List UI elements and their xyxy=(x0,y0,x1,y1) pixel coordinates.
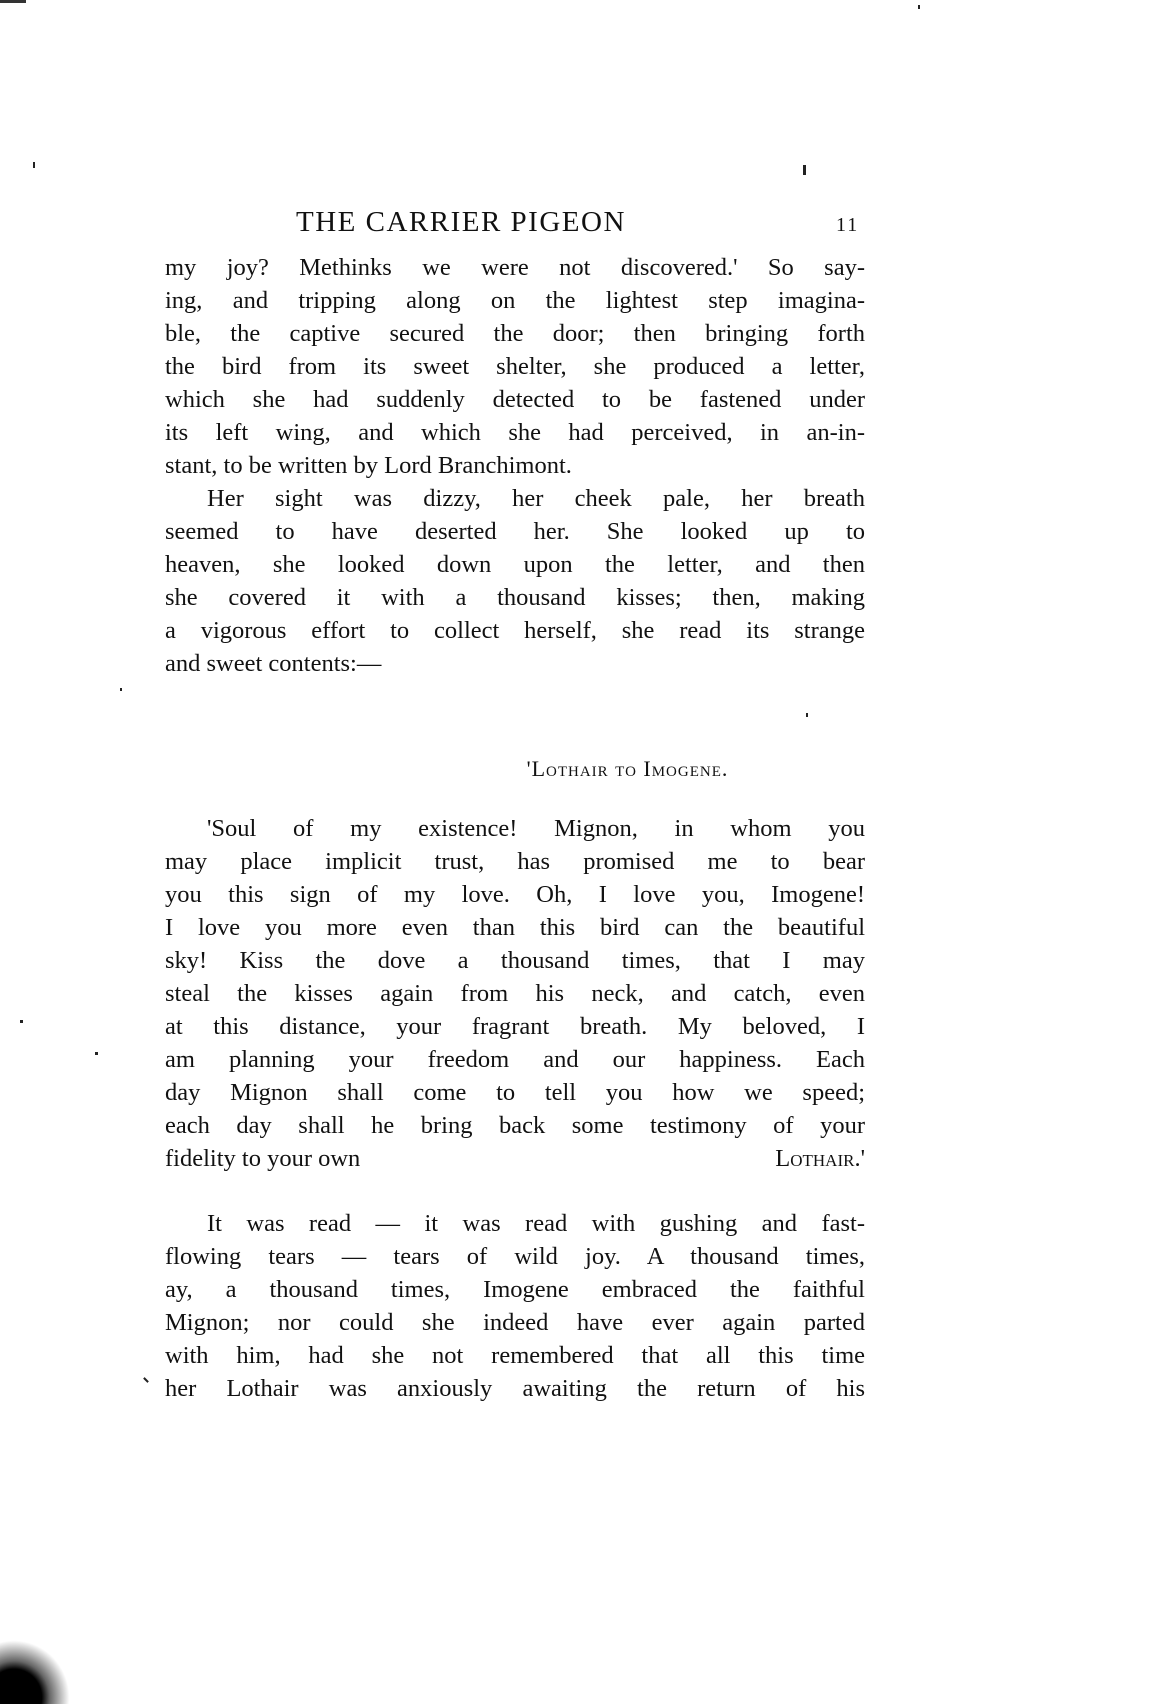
page-number: 11 xyxy=(836,214,859,237)
text-line: and sweet contents:— xyxy=(165,647,865,680)
text-line: she covered it with a thousand kisses; t… xyxy=(165,581,865,614)
letter-heading: 'Lothair to Imogene. xyxy=(0,756,1175,782)
scan-speck xyxy=(918,5,920,9)
text-line: with him, had she not remembered that al… xyxy=(165,1339,865,1372)
text-line: 'Soul of my existence! Mignon, in whom y… xyxy=(165,812,865,845)
paragraph-2: Her sight was dizzy, her cheek pale, her… xyxy=(165,482,865,680)
text-line: stant, to be written by Lord Branchimont… xyxy=(165,449,865,482)
text-line: the bird from its sweet shelter, she pro… xyxy=(165,350,865,383)
scan-speck xyxy=(95,1052,98,1055)
text-line: which she had suddenly detected to be fa… xyxy=(165,383,865,416)
book-page: THE CARRIER PIGEON 11 my joy? Methinks w… xyxy=(0,0,1175,1704)
scan-speck xyxy=(806,713,808,717)
text-line: each day shall he bring back some testim… xyxy=(165,1109,865,1142)
text-line: ay, a thousand times, Imogene embraced t… xyxy=(165,1273,865,1306)
text-line: seemed to have deserted her. She looked … xyxy=(165,515,865,548)
text-line: Mignon; nor could she indeed have ever a… xyxy=(165,1306,865,1339)
text-line: may place implicit trust, has promised m… xyxy=(165,845,865,878)
signature: Lothair.' xyxy=(775,1142,865,1175)
scan-speck xyxy=(143,1377,149,1383)
text-line: my joy? Methinks we were not discovered.… xyxy=(165,251,865,284)
text-line: Her sight was dizzy, her cheek pale, her… xyxy=(165,482,865,515)
text-line: am planning your freedom and our happine… xyxy=(165,1043,865,1076)
scan-speck xyxy=(803,165,806,175)
paragraph-1: my joy? Methinks we were not discovered.… xyxy=(165,251,865,482)
letter-body: 'Soul of my existence! Mignon, in whom y… xyxy=(165,812,865,1175)
running-title: THE CARRIER PIGEON xyxy=(296,206,626,239)
text-line: its left wing, and which she had perceiv… xyxy=(165,416,865,449)
text-line: her Lothair was anxiously awaiting the r… xyxy=(165,1372,865,1405)
scan-stain xyxy=(0,1640,70,1704)
text-line: sky! Kiss the dove a thousand times, tha… xyxy=(165,944,865,977)
text-line: at this distance, your fragrant breath. … xyxy=(165,1010,865,1043)
text-line: ble, the captive secured the door; then … xyxy=(165,317,865,350)
text-line: you this sign of my love. Oh, I love you… xyxy=(165,878,865,911)
scan-speck xyxy=(20,1020,23,1023)
closing-text: fidelity to your own xyxy=(165,1142,360,1175)
text-line: ing, and tripping along on the lightest … xyxy=(165,284,865,317)
scan-speck xyxy=(33,162,35,168)
closing-line: fidelity to your own Lothair.' xyxy=(165,1142,865,1175)
scan-speck xyxy=(120,688,122,691)
text-line: flowing tears — tears of wild joy. A tho… xyxy=(165,1240,865,1273)
text-line: It was read — it was read with gushing a… xyxy=(165,1207,865,1240)
paragraph-3: It was read — it was read with gushing a… xyxy=(165,1207,865,1405)
text-line: steal the kisses again from his neck, an… xyxy=(165,977,865,1010)
scan-mark xyxy=(0,0,26,3)
text-line: day Mignon shall come to tell you how we… xyxy=(165,1076,865,1109)
text-line: heaven, she looked down upon the letter,… xyxy=(165,548,865,581)
text-line: I love you more even than this bird can … xyxy=(165,911,865,944)
text-line: a vigorous effort to collect herself, sh… xyxy=(165,614,865,647)
